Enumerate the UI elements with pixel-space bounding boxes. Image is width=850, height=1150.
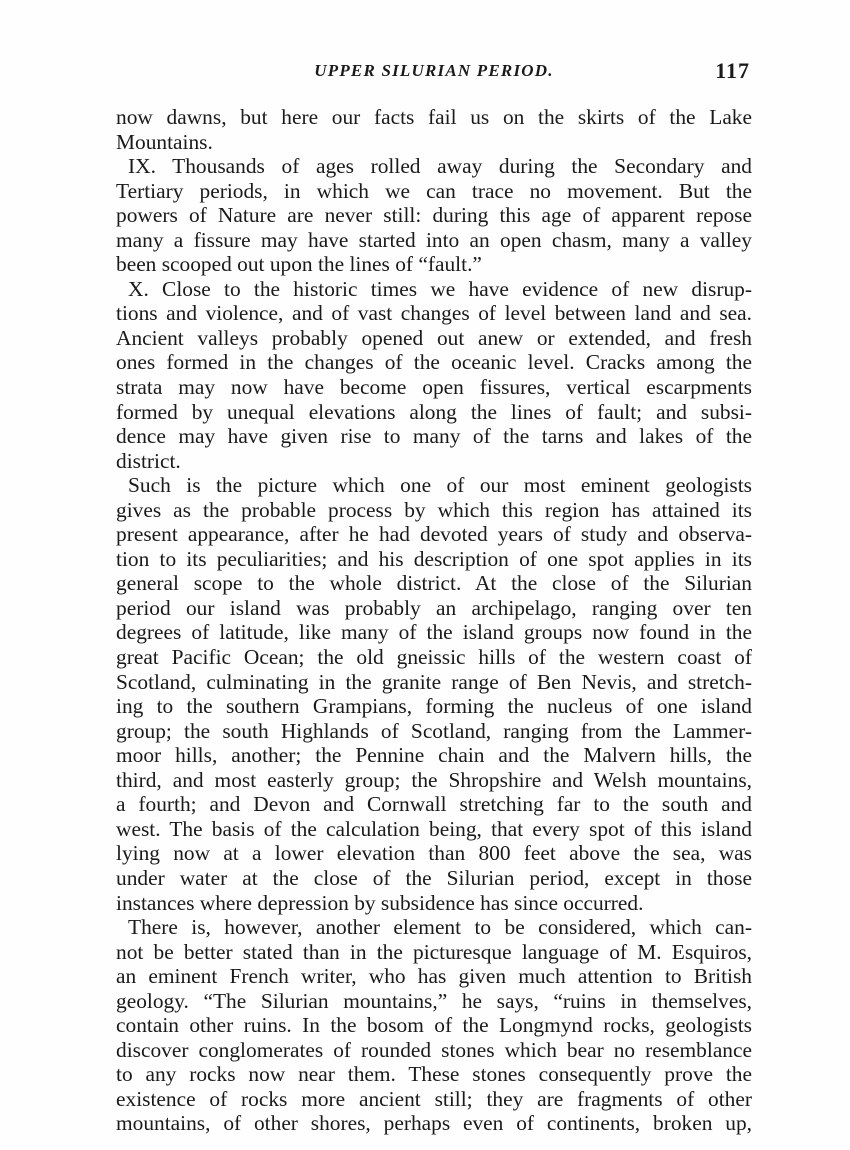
text-line: Tertiary periods, in which we can trace … [116, 179, 752, 204]
text-line: formed by unequal elevations along the l… [116, 400, 752, 425]
text-line: dence may have given rise to many of the… [116, 424, 752, 449]
text-line: mountains, of other shores, perhaps even… [116, 1111, 752, 1136]
text-line: general scope to the whole district. At … [116, 571, 752, 596]
text-line: Ancient valleys probably opened out anew… [116, 326, 752, 351]
text-line: Mountains. [116, 130, 752, 155]
text-line: IX. Thousands of ages rolled away during… [116, 154, 752, 179]
text-line: degrees of latitude, like many of the is… [116, 620, 752, 645]
text-line: Scotland, culminating in the granite ran… [116, 670, 752, 695]
text-line: There is, however, another element to be… [116, 915, 752, 940]
body-text: now dawns, but here our facts fail us on… [116, 105, 752, 1136]
text-line: strata may now have become open fissures… [116, 375, 752, 400]
text-line: to any rocks now near them. These stones… [116, 1062, 752, 1087]
text-line: instances where depression by subsidence… [116, 891, 752, 916]
text-line: ones formed in the changes of the oceani… [116, 350, 752, 375]
text-line: a fourth; and Devon and Cornwall stretch… [116, 792, 752, 817]
book-page: UPPER SILURIAN PERIOD. 117 now dawns, bu… [0, 0, 850, 1150]
text-line: now dawns, but here our facts fail us on… [116, 105, 752, 130]
text-line: present appearance, after he had devoted… [116, 522, 752, 547]
running-head: UPPER SILURIAN PERIOD. 117 [116, 58, 752, 84]
text-line: ing to the southern Grampians, forming t… [116, 694, 752, 719]
text-line: discover conglomerates of rounded stones… [116, 1038, 752, 1063]
text-line: district. [116, 449, 752, 474]
text-line: an eminent French writer, who has given … [116, 964, 752, 989]
text-line: great Pacific Ocean; the old gneissic hi… [116, 645, 752, 670]
text-line: gives as the probable process by which t… [116, 498, 752, 523]
text-line: west. The basis of the calculation being… [116, 817, 752, 842]
text-line: moor hills, another; the Pennine chain a… [116, 743, 752, 768]
text-line: contain other ruins. In the bosom of the… [116, 1013, 752, 1038]
text-line: third, and most easterly group; the Shro… [116, 768, 752, 793]
text-line: lying now at a lower elevation than 800 … [116, 841, 752, 866]
page-number: 117 [715, 58, 750, 84]
text-line: existence of rocks more ancient still; t… [116, 1087, 752, 1112]
text-line: X. Close to the historic times we have e… [116, 277, 752, 302]
text-line: tions and violence, and of vast changes … [116, 301, 752, 326]
text-line: group; the south Highlands of Scotland, … [116, 719, 752, 744]
text-line: been scooped out upon the lines of “faul… [116, 252, 752, 277]
text-line: period our island was probably an archip… [116, 596, 752, 621]
text-line: geology. “The Silurian mountains,” he sa… [116, 989, 752, 1014]
text-line: tion to its peculiarities; and his descr… [116, 547, 752, 572]
text-line: powers of Nature are never still: during… [116, 203, 752, 228]
text-line: not be better stated than in the picture… [116, 940, 752, 965]
text-line: Such is the picture which one of our mos… [116, 473, 752, 498]
text-line: under water at the close of the Silurian… [116, 866, 752, 891]
running-title: UPPER SILURIAN PERIOD. [116, 61, 752, 81]
text-line: many a fissure may have started into an … [116, 228, 752, 253]
